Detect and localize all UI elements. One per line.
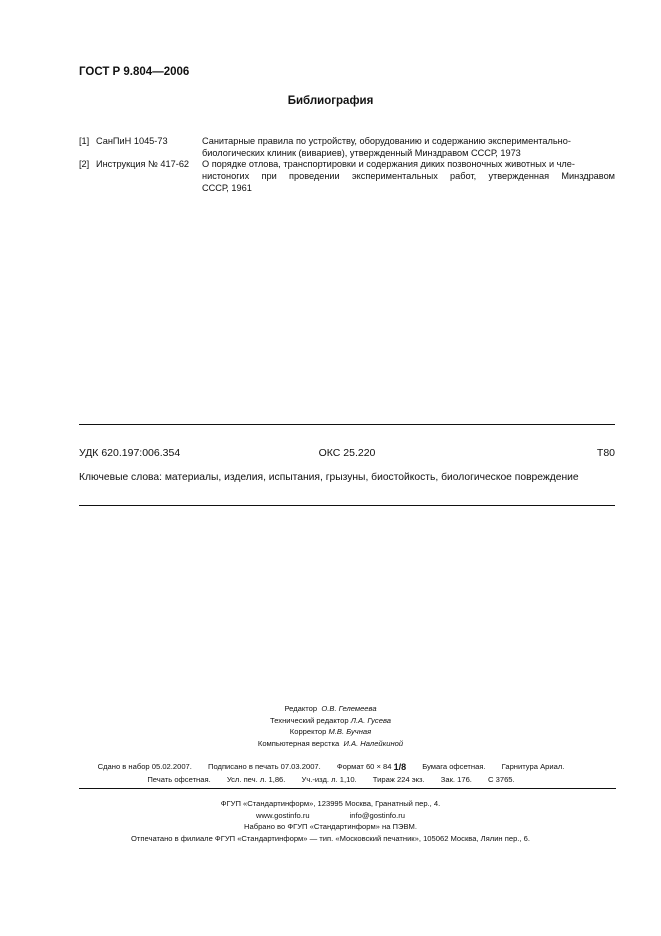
imprint-line-1: Сдано в набор 05.02.2007. Подписано в пе… <box>0 760 661 774</box>
entry-number: [2] <box>79 158 89 170</box>
typeset-info: Набрано во ФГУП «Стандартинформ» на ПЭВМ… <box>0 821 661 833</box>
entry-source: СанПиН 1045-73 <box>96 135 168 147</box>
group-code: Т80 <box>597 447 615 459</box>
publisher-contacts: www.gostinfo.ruinfo@gostinfo.ru <box>0 810 661 822</box>
credit-layout: Компьютерная верстка И.А. Налейкиной <box>0 738 661 750</box>
printed-info: Отпечатано в филиале ФГУП «Стандартинфор… <box>0 833 661 845</box>
publisher-email[interactable]: info@gostinfo.ru <box>350 811 405 820</box>
udk-code: УДК 620.197:006.354 <box>79 447 180 459</box>
top-divider <box>79 424 615 425</box>
publisher-address: ФГУП «Стандартинформ», 123995 Москва, Гр… <box>0 798 661 810</box>
imprint-line-2: Печать офсетная. Усл. печ. л. 1,86. Уч.-… <box>0 774 661 787</box>
standard-code: ГОСТ Р 9.804—2006 <box>79 66 189 78</box>
imprint-divider <box>79 788 616 789</box>
credit-corrector: Корректор М.В. Бучная <box>0 726 661 738</box>
format-fraction: 1/8 <box>394 761 407 774</box>
keywords: Ключевые слова: материалы, изделия, испы… <box>79 472 579 483</box>
publisher-info: ФГУП «Стандартинформ», 123995 Москва, Гр… <box>0 798 661 844</box>
bibliography-title: Библиография <box>0 95 661 107</box>
credit-tech-editor: Технический редактор Л.А. Гусева <box>0 715 661 727</box>
entry-text: О порядке отлова, транспортировки и соде… <box>202 158 615 194</box>
bottom-divider <box>79 505 615 506</box>
entry-number: [1] <box>79 135 89 147</box>
entry-text: Санитарные правила по устройству, оборуд… <box>202 135 615 159</box>
bibliography-entry: [2] Инструкция № 417-62 О порядке отлова… <box>0 158 661 194</box>
publisher-website[interactable]: www.gostinfo.ru <box>256 811 310 820</box>
imprint: Сдано в набор 05.02.2007. Подписано в пе… <box>0 760 661 786</box>
credit-editor: Редактор О.В. Гелемеева <box>0 703 661 715</box>
bibliography-entry: [1] СанПиН 1045-73 Санитарные правила по… <box>0 135 661 159</box>
entry-source: Инструкция № 417-62 <box>96 158 189 170</box>
credits: Редактор О.В. Гелемеева Технический реда… <box>0 703 661 749</box>
